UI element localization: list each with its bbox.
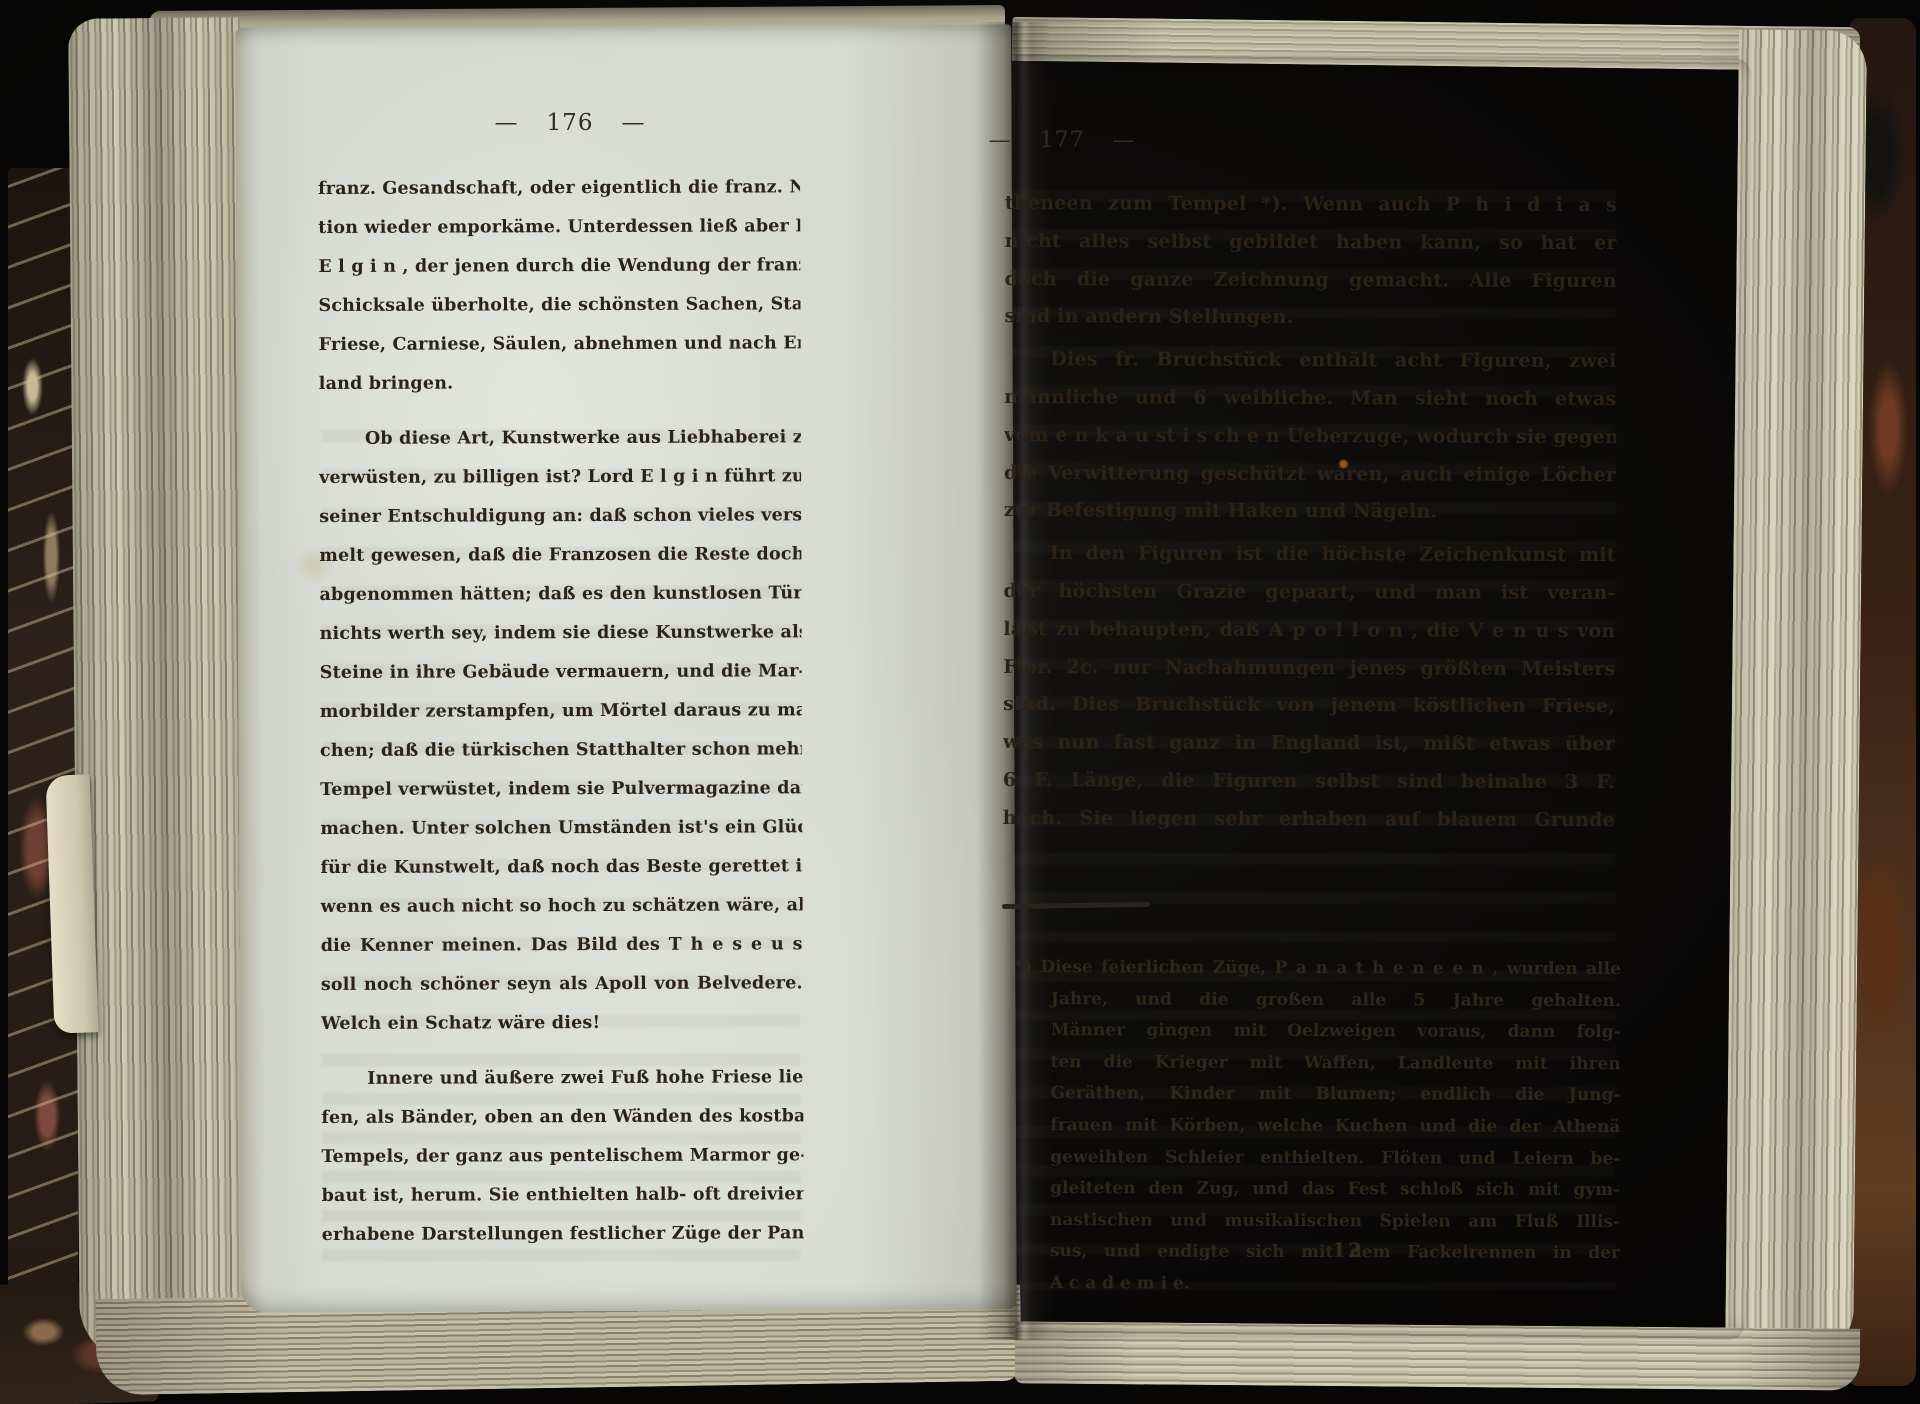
text-line: franz. Gesandschaft, oder eigentlich die… (318, 168, 800, 209)
page-number: 176 (547, 110, 594, 136)
paragraph: Dies fr. Bruchstück enthält acht Figuren… (1004, 341, 1617, 532)
text-line: Innere und äußere zwei Fuß hohe Friese l… (321, 1058, 803, 1099)
text-line: nichts werth sey, indem sie diese Kunstw… (320, 613, 802, 654)
text-line: Dies fr. Bruchstück enthält acht Figuren… (1004, 341, 1616, 381)
text-line: theneen zum Tempel *). Wenn auch P h i d… (1005, 185, 1617, 225)
text-line: die Verwitterung geschützt waren, auch e… (1004, 455, 1616, 495)
text-line: Welch ein Schatz wäre dies! (321, 1003, 803, 1044)
page-number-right: — 177 — (972, 128, 1152, 153)
text-line: doch die ganze Zeichnung gemacht. Alle F… (1005, 261, 1617, 301)
text-line: Steine in ihre Gebäude vermauern, und di… (320, 652, 802, 693)
text-line: Tempel verwüstet, indem sie Pulvermagazi… (320, 769, 802, 810)
text-line: wenn es auch nicht so hoch zu schätzen w… (321, 886, 803, 927)
text-line: Geräthen, Kinder mit Blumen; endlich die… (1014, 1078, 1620, 1112)
text-line: verwüsten, zu billigen ist? Lord E l g i… (319, 457, 801, 498)
text-line: tion wieder emporkäme. Unterdessen ließ … (318, 207, 800, 248)
left-page-text: franz. Gesandschaft, oder eigentlich die… (318, 168, 804, 1255)
page-number-left: — 176 — (470, 110, 670, 136)
text-line: soll noch schöner seyn als Apoll von Bel… (321, 964, 803, 1005)
text-line: Friese, Carniese, Säulen, abnehmen und n… (319, 324, 801, 365)
text-line: A c a d e m i e. (1014, 1268, 1620, 1302)
text-line: vom e n k a u st i s ch e n Ueberzuge, w… (1004, 417, 1616, 457)
text-line: ten die Krieger mit Waffen, Landleute mi… (1015, 1047, 1621, 1081)
paragraph: Innere und äußere zwei Fuß hohe Friese l… (321, 1058, 804, 1255)
paragraph: Ob diese Art, Kunstwerke aus Liebhaberei… (319, 418, 803, 1044)
text-line: 6 F. Länge, die Figuren selbst sind bein… (1003, 762, 1615, 802)
dash: — (1113, 128, 1136, 153)
protruding-page-edge (46, 774, 99, 1033)
text-line: Flor. 2c. nur Nachahmungen jenes größten… (1003, 649, 1615, 689)
text-line: baut ist, herum. Sie enthielten halb- of… (322, 1175, 804, 1216)
text-line: nicht alles selbst gebildet haben kann, … (1005, 223, 1617, 263)
paragraph: theneen zum Tempel *). Wenn auch P h i d… (1004, 185, 1617, 338)
text-line: der höchsten Grazie gepaart, und man ist… (1004, 573, 1616, 613)
dash: — (495, 110, 519, 136)
text-line: Tempels, der ganz aus pentelischem Marmo… (321, 1136, 803, 1177)
text-line: Männer gingen mit Oelzweigen voraus, dan… (1015, 1015, 1621, 1049)
page-number: 177 (1040, 128, 1085, 153)
text-line: melt gewesen, daß die Franzosen die Rest… (319, 535, 801, 576)
text-line: seiner Entschuldigung an: daß schon viel… (319, 496, 801, 537)
text-line: Ob diese Art, Kunstwerke aus Liebhaberei… (319, 418, 801, 459)
text-line: laßt zu behaupten, daß A p o l l o n , d… (1003, 611, 1615, 651)
text-line: Jahre, und die großen alle 5 Jahre gehal… (1015, 984, 1621, 1018)
text-line: hoch. Sie liegen sehr erhaben auf blauem… (1003, 800, 1615, 840)
right-page-text: theneen zum Tempel *). Wenn auch P h i d… (1003, 185, 1617, 840)
text-line: für die Kunstwelt, daß noch das Beste ge… (320, 847, 802, 888)
text-line: land bringen. (319, 363, 801, 404)
text-line: fen, als Bänder, oben an den Wänden des … (321, 1097, 803, 1138)
signature-mark: 12 (1332, 1238, 1364, 1262)
text-line: machen. Unter solchen Umständen ist's ei… (320, 808, 802, 849)
text-line: gleiteten den Zug, und das Fest schloß s… (1014, 1173, 1620, 1207)
dash: — (621, 110, 645, 136)
text-line: geweihten Schleier enthielten. Flöten un… (1014, 1142, 1620, 1176)
text-line: sind. Dies Bruchstück von jenem köstlich… (1003, 686, 1615, 726)
text-line: In den Figuren ist die höchste Zeichenku… (1004, 535, 1616, 575)
text-line: E l g i n , der jenen durch die Wendung … (318, 246, 800, 287)
paragraph: In den Figuren ist die höchste Zeichenku… (1003, 535, 1616, 840)
text-line: zur Befestigung mit Haken und Nägeln. (1004, 492, 1616, 532)
paragraph: franz. Gesandschaft, oder eigentlich die… (318, 168, 801, 404)
text-line: frauen mit Körben, welche Kuchen und die… (1014, 1110, 1620, 1144)
page-edge-stack-left (68, 17, 252, 1363)
text-line: sus, und endigte sich mit dem Fackelrenn… (1014, 1236, 1620, 1270)
text-line: sind in andern Stellungen. (1004, 298, 1616, 338)
text-line: was nun fast ganz in England ist, mißt e… (1003, 724, 1615, 764)
footnote: *) Diese feierlichen Züge, P a n a t h e… (1014, 952, 1621, 1302)
text-line: Schicksale überholte, die schönsten Sach… (318, 285, 800, 326)
text-line: abgenommen hätten; daß es den kunstlosen… (319, 574, 801, 615)
text-line: morbilder zerstampfen, um Mörtel daraus … (320, 691, 802, 732)
open-book-photo: — 176 — — 177 — franz. Gesandschaft, ode… (0, 0, 1920, 1404)
text-line: *) Diese feierlichen Züge, P a n a t h e… (1015, 952, 1621, 986)
text-line: männliche und 6 weibliche. Man sieht noc… (1004, 379, 1616, 419)
dash: — (989, 128, 1012, 153)
text-line: die Kenner meinen. Das Bild des T h e s … (321, 925, 803, 966)
text-line: nastischen und musikalischen Spielen am … (1014, 1205, 1620, 1239)
text-line: chen; daß die türkischen Statthalter sch… (320, 730, 802, 771)
text-line: erhabene Darstellungen festlicher Züge d… (322, 1214, 804, 1255)
